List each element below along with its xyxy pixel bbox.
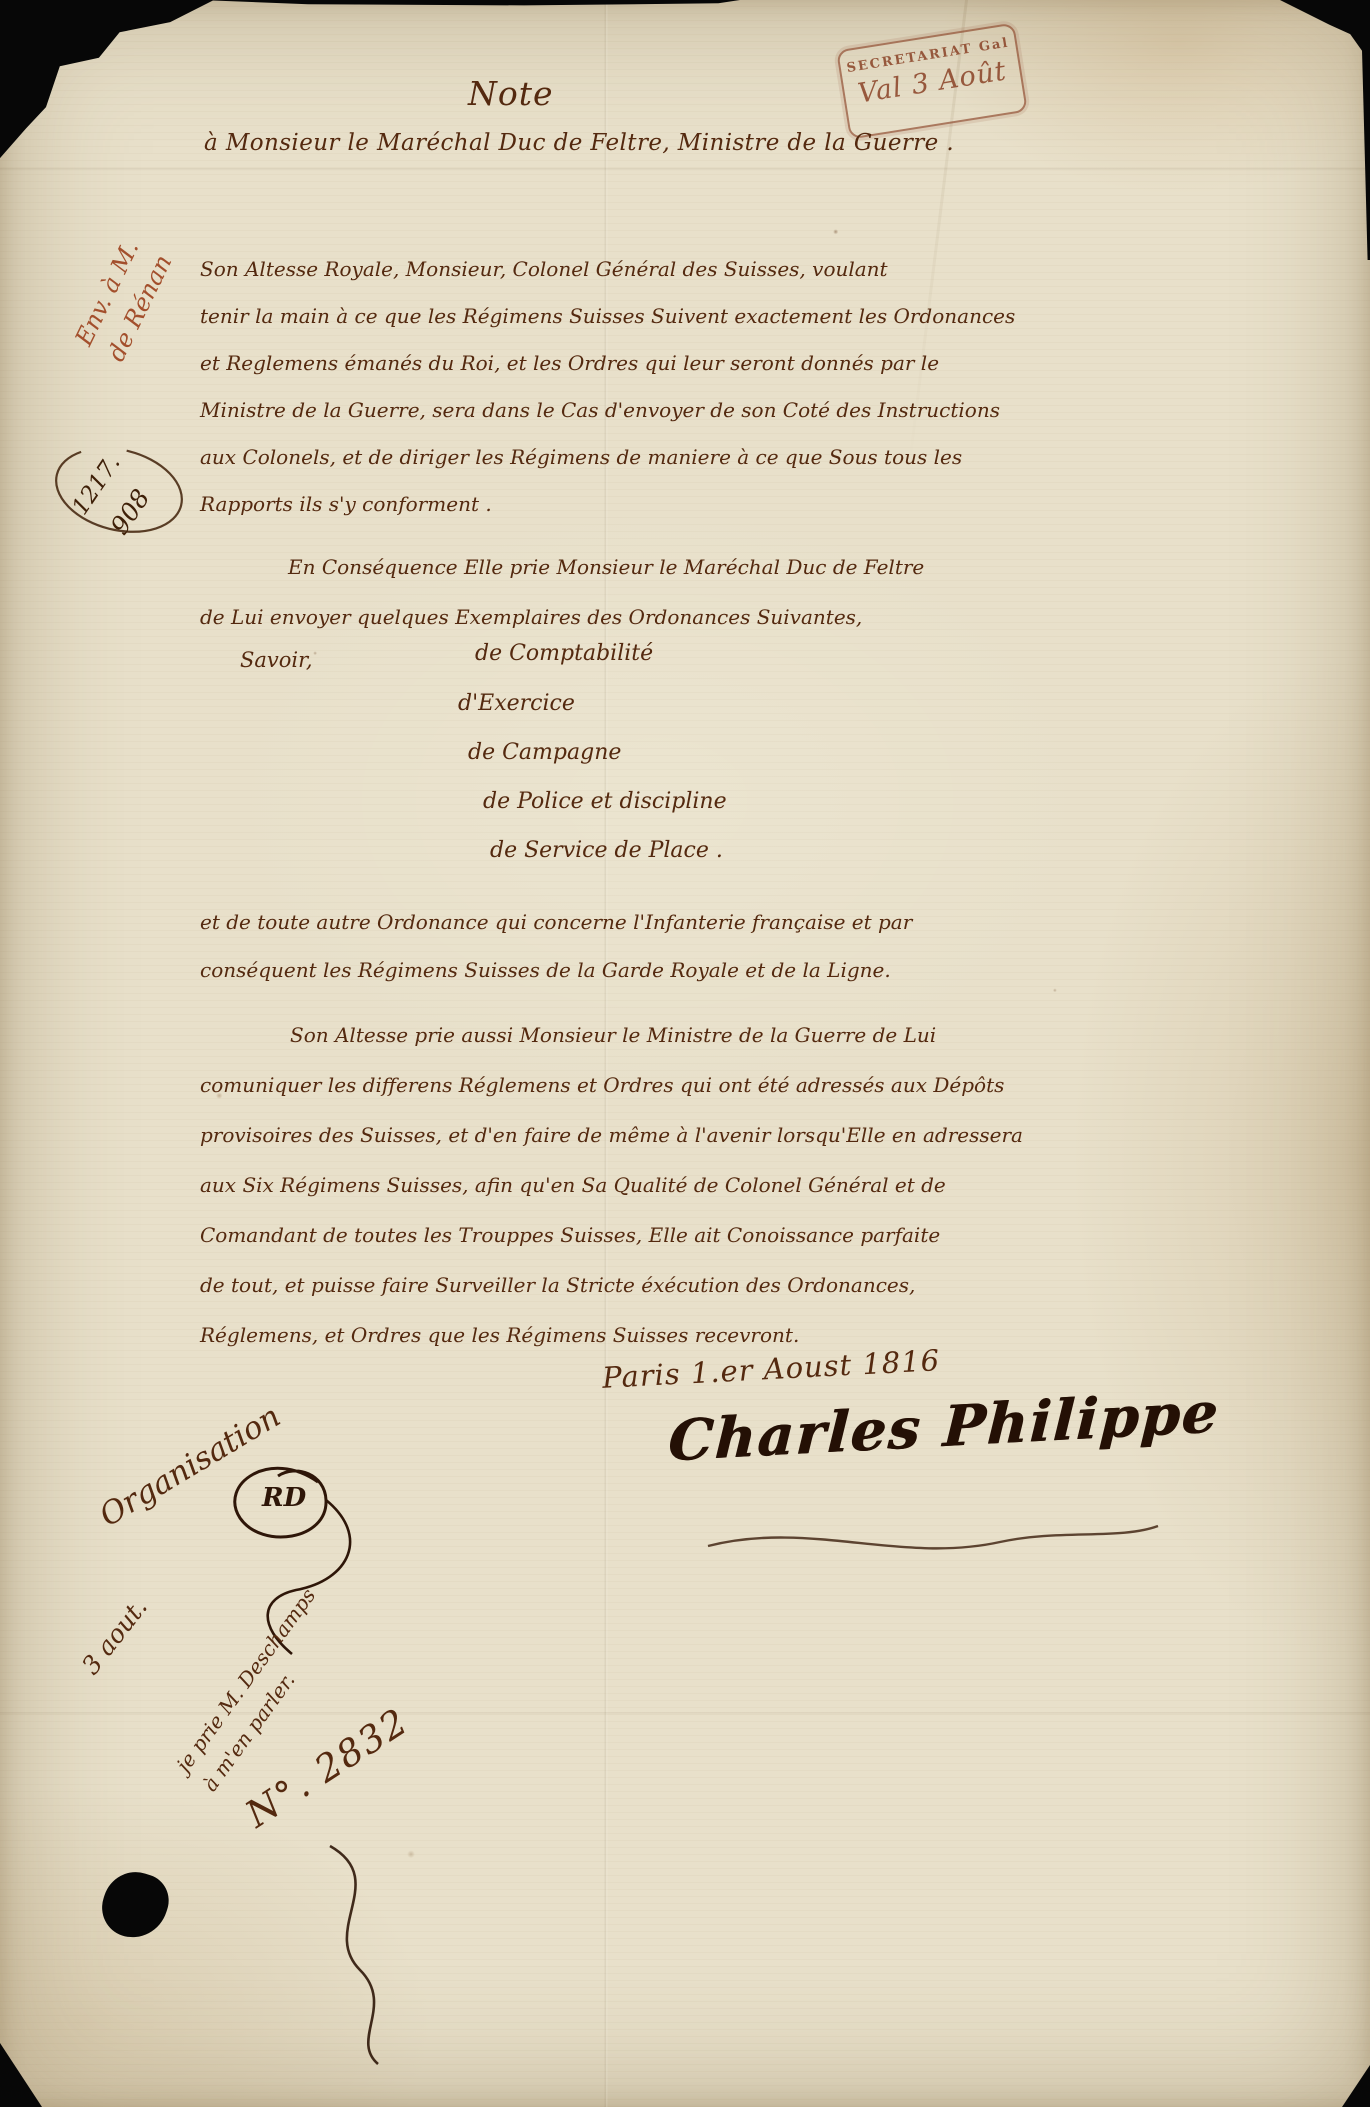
- letter-line: provisoires des Suisses, et d'en faire d…: [200, 1110, 1023, 1160]
- paragraph-1: Son Altesse Royale, Monsieur, Colonel Gé…: [200, 246, 1015, 528]
- letter-line: et de toute autre Ordonance qui concerne…: [200, 898, 912, 946]
- paraph-initials: RD: [261, 1483, 307, 1513]
- letter-line: aux Six Régimens Suisses, afin qu'en Sa …: [200, 1160, 1023, 1210]
- letter-addressee: à Monsieur le Maréchal Duc de Feltre, Mi…: [204, 130, 954, 156]
- letter-line: et Reglemens émanés du Roi, et les Ordre…: [200, 340, 1015, 387]
- letter-line: Comandant de toutes les Trouppes Suisses…: [200, 1210, 1023, 1260]
- letter-line: de tout, et puisse faire Surveiller la S…: [200, 1260, 1023, 1310]
- letter-line: comuniquer les differens Réglemens et Or…: [200, 1060, 1023, 1110]
- letter-line: aux Colonels, et de diriger les Régimens…: [200, 434, 1015, 481]
- paragraph-2: En Conséquence Elle prie Monsieur le Mar…: [200, 542, 924, 642]
- letter-line: conséquent les Régimens Suisses de la Ga…: [200, 946, 912, 994]
- registry-oval: 1217. 908: [44, 428, 194, 558]
- manuscript-page: SECRETARIAT Gal Val 3 Août Note à Monsie…: [0, 0, 1370, 2107]
- ordonnance-item: de Service de Place .: [490, 838, 723, 863]
- letter-line: Son Altesse prie aussi Monsieur le Minis…: [200, 1010, 1023, 1060]
- ordonnance-item: de Campagne: [468, 740, 621, 765]
- ordonnance-item: de Police et discipline: [483, 789, 727, 814]
- letter-line: En Conséquence Elle prie Monsieur le Mar…: [200, 542, 924, 592]
- list-label: Savoir,: [240, 648, 313, 672]
- letter-line: Ministre de la Guerre, sera dans le Cas …: [200, 387, 1015, 434]
- letter-title: Note: [468, 74, 554, 113]
- number-flourish: [300, 1840, 440, 2070]
- letter-line: Rapports ils s'y conforment .: [200, 481, 1015, 528]
- letter-line: tenir la main à ce que les Régimens Suis…: [200, 293, 1015, 340]
- letter-line: de Lui envoyer quelques Exemplaires des …: [200, 592, 924, 642]
- paragraph-3: et de toute autre Ordonance qui concerne…: [200, 898, 912, 994]
- ordonnance-item: de Comptabilité: [475, 641, 653, 666]
- paragraph-4: Son Altesse prie aussi Monsieur le Minis…: [200, 1010, 1023, 1360]
- ordonnance-item: d'Exercice: [458, 691, 575, 716]
- letter-line: Son Altesse Royale, Monsieur, Colonel Gé…: [200, 246, 1015, 293]
- signature-flourish: [700, 1512, 1170, 1572]
